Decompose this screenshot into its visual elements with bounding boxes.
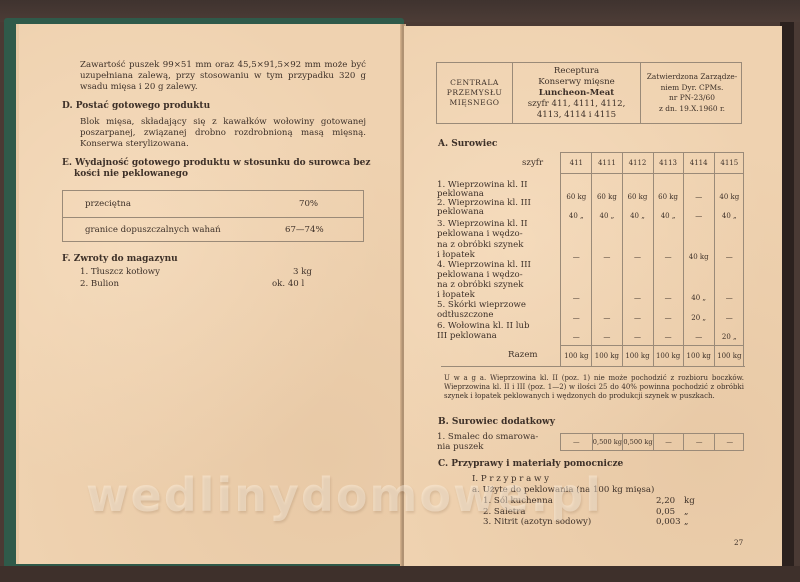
amount-cell: 40 „ [653,212,684,221]
amount-cell: — [561,333,592,342]
recipe-line: szyfr 411, 4111, 4112, [528,99,626,110]
code-header: 4112 [622,159,653,168]
raw-material-table: 411 4111 4112 4113 4114 4115 60 kg 60 kg… [560,152,744,366]
org-line: PRZEMYSŁU [447,88,502,98]
approval-line: Zatwierdzona Zarządze- [647,72,738,83]
watermark: wedlinydomowe.pl [86,468,603,522]
additional-material-table: — 0,500 kg 0,500 kg — — — [560,433,744,451]
amount-cell: — [683,193,714,202]
intro-paragraph: Zawartość puszek 99×51 mm oraz 45,5×91,5… [80,60,366,93]
page-number: 27 [734,538,743,547]
book-cover-right [780,22,794,570]
return-item-value: ok. 40 l [272,279,304,290]
amount-cell: 40 „ [561,212,592,221]
amount-cell: — [653,253,684,262]
org-cell: CENTRALA PRZEMYSŁU MIĘSNEGO [437,63,513,123]
approval-line: niem Dyr. CPMs. [661,83,724,94]
yield-row: przeciętna 70% [63,191,363,217]
return-item-label: 2. Bulion [80,279,119,290]
recipe-line: Konserwy mięsne [538,77,614,88]
recipe-name: Luncheon-Meat [539,88,615,99]
total-cell: 100 kg [622,352,653,361]
yield-label: granice dopuszczalnych wahań [85,225,221,236]
yield-value: 70% [299,199,318,210]
code-header: 4114 [683,159,714,168]
total-cell: 100 kg [592,352,623,361]
spice-unit: kg [684,496,695,507]
amount-cell: 40 kg [714,193,745,202]
total-cell: 100 kg [653,352,684,361]
amount-cell: 40 „ [683,294,714,303]
approval-line: z dn. 19.X.1960 r. [659,104,725,115]
yield-value: 67—74% [285,225,324,236]
return-item-value: 3 kg [293,267,312,278]
amount-cell: — [561,294,592,303]
spice-value: 0,003 [656,517,681,528]
section-d-body: Blok mięsa, składający się z kawałków wo… [80,117,366,150]
code-header: 4113 [653,159,684,168]
raw-item-label: peklowana [437,207,484,218]
raw-item-label: III peklowana [437,331,497,342]
yield-table: przeciętna 70% granice dopuszczalnych wa… [62,190,364,242]
amount-cell: — [622,314,653,323]
amount-cell: 40 „ [714,212,745,221]
amount-cell: — [561,253,592,262]
amount-cell: — [592,314,623,323]
total-cell: 100 kg [683,352,714,361]
amount-cell: 20 „ [683,314,714,323]
amount-cell: — [683,333,714,342]
amount-cell: — [653,434,684,450]
amount-cell: 0,500 kg [592,434,623,450]
org-line: MIĘSNEGO [449,98,499,108]
note-paragraph: U w a g a. Wieprzowina kl. II (poz. 1) n… [444,374,744,402]
amount-cell: — [714,294,745,303]
total-label: Razem [508,350,538,361]
return-item-label: 1. Tłuszcz kotłowy [80,267,160,278]
amount-cell: 20 „ [714,333,745,342]
code-header: 411 [561,159,592,168]
amount-cell: — [714,314,745,323]
amount-cell: — [622,253,653,262]
recipe-line: 4113, 4114 i 4115 [537,110,616,121]
amount-cell: — [561,314,592,323]
amount-cell: — [714,434,745,450]
amount-cell: — [622,333,653,342]
amount-cell: 60 kg [592,193,623,202]
raw-item-label: odtłuszczone [437,310,494,321]
section-f-heading: F. Zwroty do magazynu [62,254,178,265]
amount-cell: — [683,434,714,450]
amount-cell: — [714,253,745,262]
yield-label: przeciętna [85,199,131,210]
amount-cell: — [653,314,684,323]
amount-cell: — [683,212,714,221]
row-divider [561,345,743,346]
amount-cell: — [653,333,684,342]
recipe-header-box: CENTRALA PRZEMYSŁU MIĘSNEGO Receptura Ko… [436,62,742,124]
background-bottom [0,566,800,582]
approval-cell: Zatwierdzona Zarządze- niem Dyr. CPMs. n… [641,63,743,123]
recipe-title-cell: Receptura Konserwy mięsne Luncheon-Meat … [513,63,641,123]
amount-cell: — [592,333,623,342]
code-header: 4111 [592,159,623,168]
spice-unit: „ [684,517,688,528]
amount-cell: — [622,294,653,303]
amount-cell: 40 kg [683,253,714,262]
code-label: szyfr [522,158,543,169]
org-line: CENTRALA [450,78,499,88]
spice-value: 2,20 [656,496,675,507]
section-e-heading-cont: kości nie peklowanego [74,169,188,180]
amount-cell: 40 „ [592,212,623,221]
approval-line: nr PN-23/60 [669,93,715,104]
section-b-heading: B. Surowiec dodatkowy [438,417,555,428]
total-cell: 100 kg [714,352,745,361]
amount-cell: 60 kg [653,193,684,202]
yield-row: granice dopuszczalnych wahań 67—74% [63,217,363,243]
raw-item-label: peklowana i wędzo- [437,229,523,240]
amount-cell: — [653,294,684,303]
additional-item-label: nia puszek [437,442,483,453]
recipe-line: Receptura [554,66,599,77]
section-a-heading: A. Surowiec [438,139,497,150]
total-cell: 100 kg [561,352,592,361]
amount-cell: 60 kg [622,193,653,202]
code-header: 4115 [714,159,745,168]
table-bottom-rule [441,366,745,367]
section-e-heading: E. Wydajność gotowego produktu w stosunk… [62,158,370,169]
amount-cell: — [561,434,592,450]
section-d-heading: D. Postać gotowego produktu [62,101,210,112]
amount-cell: 40 „ [622,212,653,221]
amount-cell: 60 kg [561,193,592,202]
row-divider [561,173,743,174]
amount-cell: 0,500 kg [622,434,653,450]
amount-cell: — [592,253,623,262]
